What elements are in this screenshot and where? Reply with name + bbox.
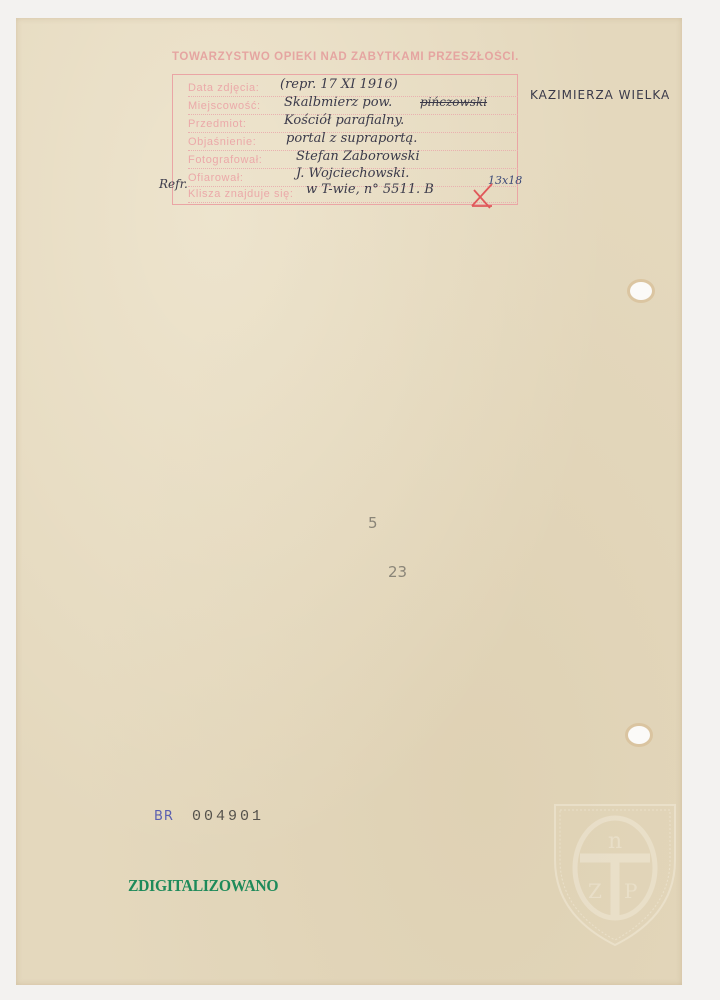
field-value-description: portal z supraportą. <box>286 131 417 146</box>
field-label-date: Data zdjęcia: <box>188 82 259 94</box>
field-label-description: Objaśnienie: <box>188 136 256 148</box>
pencil-mark-5: 5 <box>368 514 378 532</box>
svg-text:P: P <box>624 879 637 903</box>
field-label-location: Miejscowość: <box>188 100 261 112</box>
field-label-donor: Ofiarował: <box>188 172 244 184</box>
inventory-number: 004901 <box>192 808 264 825</box>
refr-note: Refr. <box>159 177 188 191</box>
svg-text:Z: Z <box>588 879 602 903</box>
field-value-donor: J. Wojciechowski. <box>296 166 409 181</box>
punch-hole-top <box>630 282 652 300</box>
digitized-stamp: ZDIGITALIZOWANO <box>128 876 278 896</box>
punch-hole-bottom <box>628 726 650 744</box>
pencil-mark-23: 23 <box>388 563 407 581</box>
field-value-subject: Kościół parafialny. <box>284 113 404 128</box>
field-value-photographer: Stefan Zaborowski <box>296 149 420 164</box>
svg-text:n: n <box>608 829 622 854</box>
inventory-prefix: BR <box>154 809 174 824</box>
margin-note: KAZIMIERZA WIELKA <box>530 88 670 102</box>
field-label-negative: Klisza znajduje się: <box>188 188 294 200</box>
shield-watermark-icon: n Z P <box>550 800 680 950</box>
field-value-negative: w T-wie, n° 5511. B <box>306 182 434 197</box>
field-value-location-struck: pińczowski <box>420 95 487 109</box>
red-cross-mark-icon <box>468 180 496 210</box>
field-value-date: (repr. 17 XI 1916) <box>280 77 398 92</box>
stamp-header: TOWARZYSTWO OPIEKI NAD ZABYTKAMI PRZESZŁ… <box>172 51 522 63</box>
field-value-location: Skalbmierz pow. <box>284 95 392 110</box>
field-label-subject: Przedmiot: <box>188 118 247 130</box>
field-label-photographer: Fotografował: <box>188 154 262 166</box>
